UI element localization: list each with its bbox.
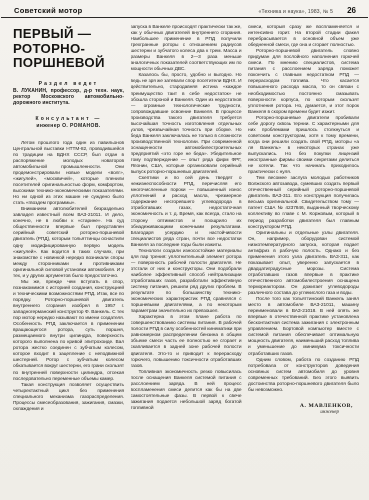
paragraph: запуска в Ванкеле происходят практически… bbox=[131, 25, 242, 73]
column-1: ПЕРВЫЙ — РОТОРНО- ПОРШНЕВОЙ Раздел ведет… bbox=[13, 25, 124, 488]
column-1-text: Летом прошлого года один из павильонов Ц… bbox=[13, 141, 124, 413]
paragraph: Скептики и по сей день твердят о нежизне… bbox=[131, 176, 242, 249]
paragraph: Роторно-поршневой двигатель словно приду… bbox=[248, 49, 359, 116]
article-columns: ПЕРВЫЙ — РОТОРНО- ПОРШНЕВОЙ Раздел ведет… bbox=[0, 18, 369, 488]
section-editor-block: Раздел ведет В. ЛУКАНИН, профессор, д-р … bbox=[13, 81, 124, 107]
paragraph: Характерна в этом плане работа по соверш… bbox=[131, 315, 242, 369]
article-title-line-3: ПОРШНЕВОЙ bbox=[13, 56, 124, 71]
consultant-label: Консультант — bbox=[13, 116, 124, 122]
paragraph: Тем весомее заслуга молодых работников В… bbox=[248, 176, 359, 230]
author-role: инженер bbox=[248, 410, 339, 415]
paragraph: Такая конструкция позволяет осуществить … bbox=[13, 383, 124, 413]
editor-label: Раздел ведет bbox=[13, 81, 124, 87]
paragraph: Оригинальны и отдельные узлы двигателя. … bbox=[248, 231, 359, 298]
article-title-line-2: РОТОРНО- bbox=[13, 42, 124, 57]
column-2: запуска в Ванкеле происходят практически… bbox=[131, 25, 242, 488]
article-title-line-1: ПЕРВЫЙ — bbox=[13, 27, 124, 42]
column-2-text: запуска в Ванкеле происходят практически… bbox=[131, 25, 242, 412]
paragraph: После того как тольяттинский Ванкель зан… bbox=[248, 297, 359, 357]
author-signature: А. МАВЛЕНКОВ, инженер bbox=[248, 403, 359, 415]
paragraph: Одним словом, работа по созданию РПД пот… bbox=[248, 358, 359, 394]
author-name: А. МАВЛЕНКОВ, bbox=[248, 403, 353, 409]
paragraph: Роторно-поршневые двигатели пробивали се… bbox=[248, 116, 359, 176]
article-title: ПЕРВЫЙ — РОТОРНО- ПОРШНЕВОЙ bbox=[13, 27, 124, 71]
paragraph: Топливная экономичность резко повысилась… bbox=[131, 370, 242, 412]
section-name: Советский мотор bbox=[14, 6, 82, 15]
journal-reference: «Техника и наука», 1983, № 5 bbox=[259, 9, 334, 15]
paragraph: Технологи создали износостойкие материал… bbox=[131, 249, 242, 316]
column-3: смеси, который сразу же воспламеняется и… bbox=[248, 25, 359, 488]
paragraph: Вниманием автолюбителей безраздельно зав… bbox=[13, 207, 124, 280]
consultant-name: инженер О. РОМАНОВ. bbox=[13, 123, 124, 129]
column-3-text: смеси, который сразу же воспламеняется и… bbox=[248, 25, 359, 394]
page-number: 26 bbox=[347, 6, 356, 15]
consultant-block: Консультант — инженер О. РОМАНОВ. bbox=[13, 116, 124, 129]
magazine-page: Советский мотор «Техника и наука», 1983,… bbox=[0, 0, 369, 500]
paragraph: смеси, который сразу же воспламеняется и… bbox=[248, 25, 359, 49]
header-right: «Техника и наука», 1983, № 5 26 bbox=[259, 6, 357, 15]
page-header: Советский мотор «Техника и наука», 1983,… bbox=[1, 0, 368, 18]
editor-name-and-title: В. ЛУКАНИН, профессор, д-р техн. наук, р… bbox=[13, 88, 124, 107]
paragraph: Летом прошлого года один из павильонов Ц… bbox=[13, 141, 124, 208]
paragraph: Казалось бы, просто, удобно и выгодно. Н… bbox=[131, 73, 242, 176]
paragraph: Мы же, прежде чем вступать в спор, позна… bbox=[13, 280, 124, 383]
